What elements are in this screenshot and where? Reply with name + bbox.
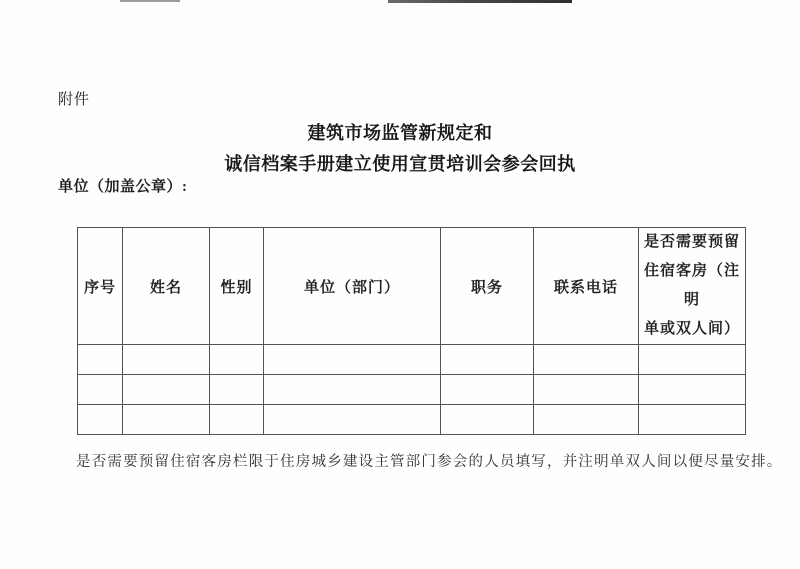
empty-cell: [123, 345, 210, 375]
empty-cell: [534, 375, 639, 405]
col-header-room-line-2: 住宿客房（注明: [639, 257, 745, 315]
empty-cell: [210, 375, 264, 405]
empty-cell: [78, 405, 123, 435]
attendee-table: 序号 姓名 性别 单位（部门） 职务 联系电话 是否需要预留 住宿客房（注明 单…: [77, 227, 746, 435]
empty-cell: [441, 345, 534, 375]
empty-cell: [534, 345, 639, 375]
col-header-gender: 性别: [210, 228, 264, 345]
table-row: [78, 345, 746, 375]
document-title: 建筑市场监管新规定和 诚信档案手册建立使用宣贯培训会参会回执: [0, 118, 800, 180]
empty-cell: [123, 405, 210, 435]
document-page: 附件 建筑市场监管新规定和 诚信档案手册建立使用宣贯培训会参会回执 单位（加盖公…: [0, 0, 800, 569]
footnote: 是否需要预留住宿客房栏限于住房城乡建设主管部门参会的人员填写，并注明单双人间以便…: [76, 450, 754, 471]
empty-cell: [441, 405, 534, 435]
empty-cell: [123, 375, 210, 405]
col-header-room-reservation: 是否需要预留 住宿客房（注明 单或双人间）: [639, 228, 746, 345]
empty-cell: [264, 375, 441, 405]
empty-cell: [264, 405, 441, 435]
scan-artifact-left: [120, 0, 180, 2]
col-header-position: 职务: [441, 228, 534, 345]
empty-cell: [210, 345, 264, 375]
scan-artifact-right: [388, 0, 572, 3]
col-header-phone: 联系电话: [534, 228, 639, 345]
empty-cell: [639, 375, 746, 405]
empty-cell: [639, 405, 746, 435]
table-header-row: 序号 姓名 性别 单位（部门） 职务 联系电话 是否需要预留 住宿客房（注明 单…: [78, 228, 746, 345]
col-header-serial-number: 序号: [78, 228, 123, 345]
table-row: [78, 405, 746, 435]
empty-cell: [210, 405, 264, 435]
empty-cell: [534, 405, 639, 435]
table-row: [78, 375, 746, 405]
col-header-room-line-1: 是否需要预留: [639, 228, 745, 257]
col-header-name: 姓名: [123, 228, 210, 345]
col-header-unit-department: 单位（部门）: [264, 228, 441, 345]
empty-cell: [441, 375, 534, 405]
empty-cell: [78, 375, 123, 405]
title-line-1: 建筑市场监管新规定和: [0, 118, 800, 149]
empty-cell: [639, 345, 746, 375]
empty-cell: [78, 345, 123, 375]
unit-seal-label: 单位（加盖公章）:: [58, 175, 188, 196]
col-header-room-line-3: 单或双人间）: [639, 315, 745, 344]
empty-cell: [264, 345, 441, 375]
attachment-label: 附件: [58, 88, 90, 109]
